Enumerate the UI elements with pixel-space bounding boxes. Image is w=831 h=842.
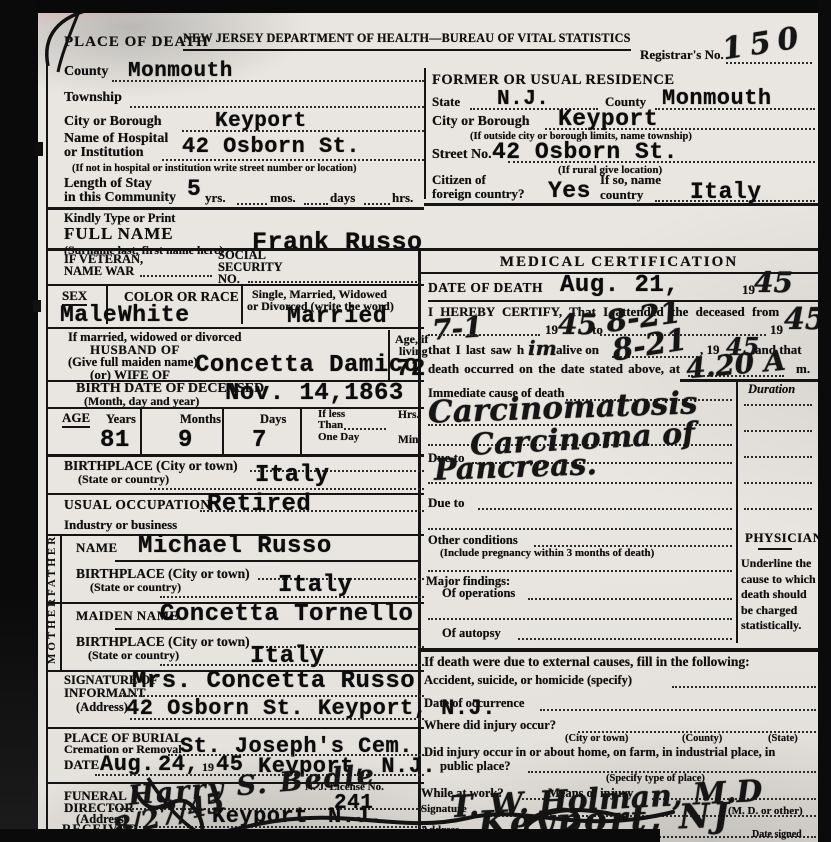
- age-label: AGE: [62, 410, 90, 428]
- other-conditions-label: Other conditions: [428, 533, 518, 548]
- stay-dots-3: [364, 203, 390, 205]
- scan-notch-2: [33, 300, 41, 312]
- rule-under-age: [46, 454, 424, 457]
- scan-border-bottom: [0, 829, 660, 842]
- operations-dots-2: [428, 618, 732, 620]
- residence-box-left-rule: [424, 68, 426, 199]
- cause-dots-4: [428, 482, 732, 484]
- citizen-label-2: foreign country?: [432, 186, 525, 202]
- age-years-value: 81: [100, 427, 130, 454]
- mother-side-rule: [60, 602, 62, 670]
- dod-label: DATE OF DEATH: [428, 280, 543, 296]
- stay-label-2: in this Community: [64, 190, 176, 206]
- hospital-value: 42 Osborn St.: [182, 134, 360, 159]
- father-birthplace-dots-2: [160, 596, 424, 598]
- physician-title: PHYSICIAN: [745, 530, 822, 546]
- cause-dots-5: [428, 528, 732, 530]
- m-label: m.: [796, 361, 810, 377]
- age-days-value: 7: [252, 427, 267, 454]
- rule-under-sex: [46, 327, 424, 329]
- where-label: Where did injury occur?: [424, 718, 556, 733]
- age-days-label: Days: [260, 412, 286, 427]
- duration-dots-2: [744, 430, 812, 432]
- father-side-label: FATHER: [46, 538, 58, 596]
- hospital-note: (If not in hospital or institution write…: [72, 163, 356, 174]
- last-saw-text: that I last saw h: [428, 342, 524, 358]
- scan-border-right: [818, 0, 831, 842]
- stay-mos-label: mos.: [270, 190, 296, 206]
- father-name-value: Michael Russo: [138, 533, 332, 560]
- duration-dots-3: [744, 456, 812, 458]
- city-borough-label: City or Borough: [64, 114, 162, 130]
- death-certificate-scan: PLACE OF DEATH NEW JERSEY DEPARTMENT OF …: [0, 0, 831, 842]
- occupation-label: USUAL OCCUPATION: [64, 497, 211, 513]
- township-label: Township: [64, 90, 122, 106]
- accident-label: Accident, suicide, or homicide (specify): [424, 673, 632, 688]
- sex-value: Male: [60, 302, 117, 328]
- res-state-label: State: [432, 94, 460, 110]
- father-birthplace-note: (State or country): [90, 580, 181, 595]
- of-operations-label: Of operations: [442, 586, 515, 601]
- death-occurred-text: death occurred on the date stated above,…: [428, 361, 680, 377]
- from-dots: [428, 334, 540, 336]
- race-value: White: [118, 302, 190, 328]
- hospital-label-2: or Institution: [64, 145, 143, 161]
- res-county-value: Monmouth: [662, 86, 772, 111]
- rule-under-name: [46, 248, 820, 251]
- hospital-dotted-line: [162, 159, 424, 161]
- city-value: Keyport: [215, 110, 307, 133]
- birth-date-value: Nov. 14,1863: [225, 380, 404, 407]
- due-to-2-label: Due to: [428, 495, 464, 511]
- marital-value: Married: [287, 303, 387, 329]
- to-year-pre: 19: [770, 322, 783, 338]
- sex-col-rule-2: [241, 286, 243, 324]
- physician-title-rule: [758, 548, 792, 550]
- full-name-value: Frank Russo: [252, 228, 423, 257]
- father-name-rule: [115, 560, 420, 562]
- res-street-label: Street No.: [432, 147, 492, 163]
- duration-label: Duration: [748, 382, 795, 397]
- spouse-value: Concetta Damico: [195, 352, 419, 379]
- country-label: country: [600, 187, 643, 203]
- occurrence-label: Date of occurrence: [424, 696, 524, 711]
- ifso-label: If so, name: [600, 172, 661, 188]
- informant-address-label: (Address): [76, 700, 128, 715]
- where-city-note: (City or town): [565, 733, 628, 744]
- father-birthplace-value: Italy: [278, 572, 353, 599]
- ssn-dots: [248, 281, 420, 283]
- age-hrs-label: Hrs.: [398, 409, 419, 421]
- registrar-no-label: Registrar's No.: [640, 47, 724, 63]
- county-value: Monmouth: [128, 60, 233, 83]
- age-col-rule-1: [140, 407, 142, 454]
- rule-under-stay: [46, 207, 424, 210]
- him-hand: im: [528, 336, 557, 360]
- informant-address-dots: [130, 718, 424, 720]
- age-less-label-3: One Day: [318, 431, 359, 443]
- township-dotted-line: [130, 106, 424, 108]
- of-autopsy-label: Of autopsy: [442, 626, 501, 641]
- age-if-living-value: 72: [396, 356, 426, 383]
- duration-dots-5: [744, 508, 812, 510]
- mother-name-rule: [115, 628, 420, 630]
- rule-under-veteran: [46, 284, 424, 286]
- rule-under-birthdate: [46, 407, 424, 409]
- veteran-dots: [140, 275, 212, 277]
- county-label: County: [64, 64, 108, 80]
- stay-years-value: 5: [187, 176, 201, 202]
- father-side-rule: [60, 534, 62, 602]
- veteran-label-2: NAME WAR: [64, 264, 134, 279]
- less-dots: [344, 428, 386, 430]
- age-years-label: Years: [106, 412, 136, 427]
- stay-hrs-label: hrs.: [392, 190, 413, 206]
- physician-note: Underline the cause to which death shoul…: [741, 556, 817, 634]
- country-value: Italy: [690, 179, 762, 205]
- dod-value: Aug. 21,: [560, 272, 679, 299]
- stay-yrs-label: yrs.: [205, 190, 226, 206]
- stay-dots-2: [304, 203, 328, 205]
- age-col-rule-2: [222, 407, 224, 454]
- mother-birthplace-note: (State or country): [88, 648, 179, 663]
- duration-col-rule: [736, 379, 738, 643]
- res-street-value: 42 Osborn St.: [492, 139, 678, 165]
- duration-dots-4: [744, 482, 812, 484]
- res-city-value: Keyport: [558, 106, 658, 132]
- date-signed-label: Date signed: [752, 829, 802, 840]
- dod-year-hand: 45: [754, 266, 793, 299]
- mother-side-label: MOTHER: [46, 606, 58, 664]
- scan-notch-1: [34, 142, 43, 156]
- due-to-2-dots: [478, 508, 732, 510]
- mother-birthplace-dots-2: [160, 664, 424, 666]
- occupation-value: Retired: [207, 491, 311, 518]
- where-county-note: (County): [682, 733, 722, 744]
- rule-under-informant: [46, 727, 424, 729]
- age-col-rule-3: [300, 407, 302, 454]
- scan-border-top: [0, 0, 831, 13]
- spouse-col-rule: [388, 330, 390, 380]
- birthplace-value: Italy: [255, 462, 330, 489]
- left-margin-rule: [46, 56, 48, 832]
- birthplace-note: (State or country): [78, 472, 169, 487]
- burial-date-label: DATE: [64, 757, 99, 773]
- scan-border-left: [0, 0, 38, 842]
- father-name-label: NAME: [76, 540, 118, 556]
- stay-dots-1: [237, 203, 267, 205]
- external-title: If death were due to external causes, fi…: [424, 654, 750, 670]
- autopsy-dots: [518, 638, 732, 640]
- did-injury-label-1: Did injury occur in or about home, on fa…: [424, 745, 775, 760]
- age-months-label: Months: [180, 412, 221, 427]
- full-name-label: FULL NAME: [64, 224, 174, 244]
- duration-dots-1: [744, 404, 812, 406]
- informant-value: Mrs. Concetta Russo: [132, 668, 415, 695]
- occurrence-dots: [540, 709, 816, 711]
- res-state-value: N.J.: [497, 88, 549, 111]
- rule-under-citizen: [424, 203, 818, 206]
- citizen-value: Yes: [548, 178, 591, 204]
- rule-above-external: [418, 648, 820, 652]
- other-conditions-note: (Include pregnancy within 3 months of de…: [440, 547, 654, 559]
- md-or-other-note: (M. D. or other): [728, 805, 803, 817]
- residence-title: FORMER OR USUAL RESIDENCE: [432, 72, 675, 89]
- accident-dots: [672, 686, 816, 688]
- stay-days-label: days: [330, 190, 355, 206]
- operations-dots: [528, 598, 732, 600]
- alive-on-text: alive on: [556, 342, 599, 358]
- age-min-label: Min.: [398, 434, 421, 446]
- where-state-note: (State): [768, 733, 798, 744]
- department-title: NEW JERSEY DEPARTMENT OF HEALTH—BUREAU O…: [183, 31, 631, 51]
- mother-name-value: Concetta Tornello: [160, 601, 413, 628]
- industry-label: Industry or business: [64, 517, 177, 533]
- res-city-label: City or Borough: [432, 114, 530, 130]
- age-months-value: 9: [178, 427, 193, 454]
- other-dots-2: [428, 570, 732, 572]
- birthplace-dots-2: [150, 488, 424, 490]
- age-less-label-2: Than: [318, 419, 343, 431]
